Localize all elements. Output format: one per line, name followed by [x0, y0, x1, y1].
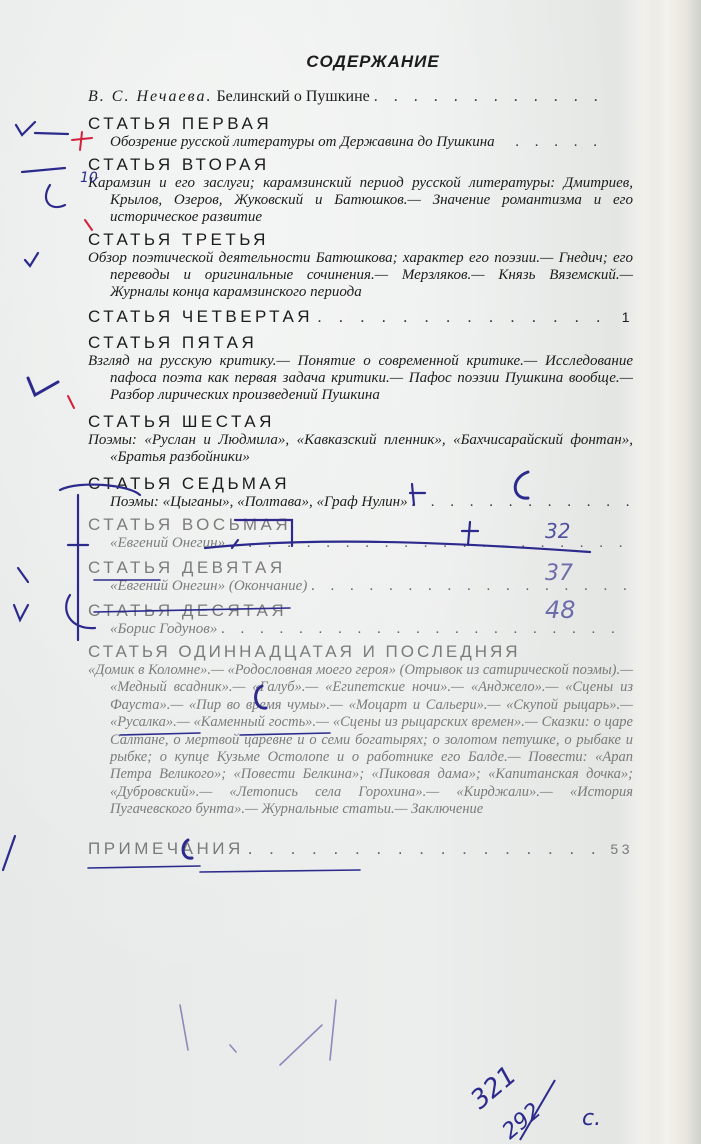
dash-mark-icon: [35, 133, 68, 134]
article-heading: СТАТЬЯ ШЕСТАЯ: [88, 412, 633, 432]
article-heading: СТАТЬЯ СЕДЬМАЯ: [88, 474, 633, 494]
article-description: Обозрение русской литературы от Державин…: [110, 134, 495, 151]
intro-author: В. С. Нечаева.: [88, 88, 212, 106]
toc-intro-entry[interactable]: В. С. Нечаева. Белинский о Пушкине: [88, 88, 633, 106]
leader-dots: [248, 839, 607, 859]
toc-entry-article-9[interactable]: СТАТЬЯ ДЕВЯТАЯ «Евгений Онегин» (Окончан…: [88, 558, 633, 595]
leader-dots: [317, 307, 609, 327]
page-number: 53: [610, 839, 633, 859]
article-heading: СТАТЬЯ ДЕСЯТАЯ: [88, 601, 633, 621]
checkmark-icon: [18, 568, 28, 582]
toc-entry-article-3[interactable]: СТАТЬЯ ТРЕТЬЯ Обзор поэтической деятельн…: [88, 230, 633, 301]
library-mark-text: 292: [498, 1098, 546, 1144]
notes-heading: ПРИМЕЧАНИЯ: [88, 839, 244, 859]
leader-dots: [311, 578, 629, 595]
page-title: СОДЕРЖАНИЕ: [113, 52, 633, 72]
toc-entry-article-1[interactable]: СТАТЬЯ ПЕРВАЯ Обозрение русской литерату…: [88, 114, 633, 151]
toc-entry-article-2[interactable]: СТАТЬЯ ВТОРАЯ Карамзин и его заслуги; ка…: [88, 155, 633, 226]
article-heading: СТАТЬЯ ПЕРВАЯ: [88, 114, 633, 134]
checkmark-icon: [28, 378, 58, 395]
toc-entry-article-10[interactable]: СТАТЬЯ ДЕСЯТАЯ «Борис Годунов»: [88, 601, 633, 638]
leader-dots: [499, 134, 609, 151]
article-description-row: Поэмы: «Цыганы», «Полтава», «Граф Нулин»: [88, 494, 633, 511]
intro-text: Белинский о Пушкине: [216, 88, 369, 106]
article-description-row: «Борис Годунов»: [88, 621, 633, 638]
table-of-contents: СОДЕРЖАНИЕ В. С. Нечаева. Белинский о Пу…: [88, 52, 633, 859]
article-description: «Евгений Онегин» (Окончание): [110, 578, 307, 595]
article-description: Карамзин и его заслуги; карамзинский пер…: [88, 175, 633, 226]
library-mark-text: 321: [465, 1060, 522, 1115]
toc-entry-article-4[interactable]: СТАТЬЯ ЧЕТВЕРТАЯ 1: [88, 307, 633, 327]
library-mark-text: c.: [582, 1106, 601, 1131]
article-description-row: Обозрение русской литературы от Державин…: [88, 134, 633, 151]
article-heading: СТАТЬЯ ОДИННАДЦАТАЯ И ПОСЛЕДНЯЯ: [88, 642, 633, 662]
article-heading: СТАТЬЯ ПЯТАЯ: [88, 333, 633, 353]
leader-dots: [229, 535, 629, 552]
toc-entry-article-7[interactable]: СТАТЬЯ СЕДЬМАЯ Поэмы: «Цыганы», «Полтава…: [88, 474, 633, 511]
article-description: Обзор поэтической деятельности Батюшкова…: [88, 250, 633, 301]
toc-entry-article-11[interactable]: СТАТЬЯ ОДИННАДЦАТАЯ И ПОСЛЕДНЯЯ «Домик в…: [88, 642, 633, 819]
leader-dots: [412, 494, 629, 511]
article-heading: СТАТЬЯ ДЕВЯТАЯ: [88, 558, 633, 578]
article-heading: СТАТЬЯ ВОСЬМАЯ: [88, 515, 633, 535]
article-heading: СТАТЬЯ ВТОРАЯ: [88, 155, 633, 175]
leader-dots: [374, 88, 609, 106]
leader-dots: [221, 621, 629, 638]
page-number: 1: [613, 307, 633, 327]
article-description-row: «Евгений Онегин» (Окончание): [88, 578, 633, 595]
article-description: Взгляд на русскую критику.— Понятие о со…: [88, 353, 633, 404]
article-heading: СТАТЬЯ ТРЕТЬЯ: [88, 230, 633, 250]
checkmark-icon: [25, 253, 38, 266]
article-heading: СТАТЬЯ ЧЕТВЕРТАЯ: [88, 307, 313, 327]
toc-entry-article-5[interactable]: СТАТЬЯ ПЯТАЯ Взгляд на русскую критику.—…: [88, 333, 633, 404]
article-description: «Домик в Коломне».— «Родословная моего г…: [88, 662, 633, 819]
dash-mark-icon: [22, 168, 65, 172]
checkmark-icon: [14, 605, 28, 620]
scanned-page: СОДЕРЖАНИЕ В. С. Нечаева. Белинский о Пу…: [0, 0, 701, 1144]
toc-entry-notes[interactable]: ПРИМЕЧАНИЯ 53: [88, 839, 633, 859]
page-edge: [651, 0, 701, 1144]
article-description-row: «Евгений Онегин»: [88, 535, 633, 552]
toc-entry-article-8[interactable]: СТАТЬЯ ВОСЬМАЯ «Евгений Онегин»: [88, 515, 633, 552]
article-description: «Евгений Онегин»: [110, 535, 225, 552]
article-description: Поэмы: «Цыганы», «Полтава», «Граф Нулин»: [110, 494, 408, 511]
article-description: Поэмы: «Руслан и Людмила», «Кавказский п…: [88, 432, 633, 466]
toc-entry-article-6[interactable]: СТАТЬЯ ШЕСТАЯ Поэмы: «Руслан и Людмила»,…: [88, 412, 633, 466]
checkmark-icon: [16, 122, 35, 135]
checkmark-icon: [3, 836, 15, 870]
bracket-mark-icon: [46, 185, 65, 207]
article-description: «Борис Годунов»: [110, 621, 217, 638]
